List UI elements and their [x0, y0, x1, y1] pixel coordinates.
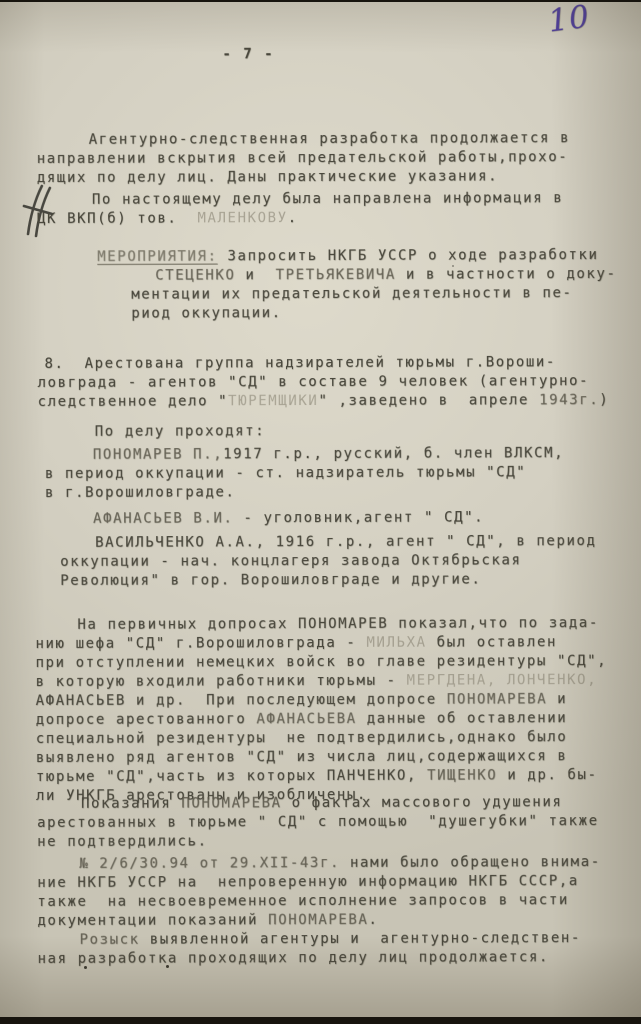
- entry-vasilchenko: ВАСИЛЬЧЕНКО А.А., 1916 г.р., агент " СД"…: [60, 532, 597, 591]
- text-line: риод оккупации.: [97, 303, 616, 324]
- text-line: специальной резидентуры не подтвердились…: [36, 728, 608, 749]
- text-line: Показания ПОНОМАРЕВА о фактах массового …: [37, 793, 599, 814]
- text-line: АФАНАСЬЕВ и др. При последующем допросе …: [36, 690, 608, 711]
- text-line: допросе арестованного АФАНАСЬЕВА данные …: [36, 709, 608, 730]
- text-line: дящих по делу лиц. Даны практические ука…: [37, 167, 570, 188]
- text-line: также на несвоевременное исполнение запр…: [37, 891, 601, 912]
- entry-ponomarev: ПОНОМАРЕВ П.,1917 г.р., русский, б. член…: [45, 444, 565, 503]
- text-line: тюрьме "СД",часть из которых ПАНЧЕНКО, Т…: [36, 766, 608, 787]
- line-po-delu: По делу проходят:: [95, 422, 266, 442]
- text-line: ментации их предательской деятельности в…: [97, 284, 616, 305]
- text-line: АФАНАСЬЕВ В.И. - уголовник,агент " СД".: [45, 508, 484, 529]
- document-paper: 10 - 7 - Агентурно-следственная разработ…: [0, 2, 641, 1017]
- text-line: ная разработка проходящих по делу лиц пр…: [38, 948, 582, 969]
- paragraph-measures: МЕРОПРИЯТИЯ: Запросить НКГБ УССР о ходе …: [97, 246, 617, 324]
- text-line: Розыск выявленной агентуры и агентурно-с…: [37, 929, 581, 950]
- text-line: следственное дело "ТЮРЕМЩИКИ" ,заведено …: [38, 391, 610, 412]
- paragraph-interrogation: На первичных допросах ПОНОМАРЕВ показал,…: [35, 614, 607, 806]
- paragraph-search: Розыск выявленной агентуры и агентурно-с…: [37, 929, 581, 969]
- text-line: документации показаний ПОНОМАРЕВА.: [37, 910, 601, 931]
- text-line: в г.Ворошиловграде.: [45, 482, 564, 503]
- paper-speck: [84, 966, 87, 969]
- text-line: 8. Арестована группа надзирателей тюрьмы…: [37, 353, 609, 374]
- paper-speck: [452, 265, 454, 267]
- text-line: № 2/6/30.94 от 29.XII-43г. нами было обр…: [37, 853, 601, 874]
- text-line: ловграда - агентов "СД" в составе 9 чело…: [38, 372, 610, 393]
- text-line: По настоящему делу была направлена инфор…: [37, 189, 563, 210]
- paragraph-cc-info: По настоящему делу была направлена инфор…: [37, 189, 563, 229]
- text-line: направлении вскрытия всей предательской …: [37, 148, 570, 169]
- entry-afanasyev: АФАНАСЬЕВ В.И. - уголовник,агент " СД".: [45, 508, 484, 529]
- text-line: ВАСИЛЬЧЕНКО А.А., 1916 г.р., агент " СД"…: [60, 532, 597, 553]
- paragraph-ref-number: № 2/6/30.94 от 29.XII-43г. нами было обр…: [37, 853, 601, 931]
- text-line: ПОНОМАРЕВ П.,1917 г.р., русский, б. член…: [45, 444, 564, 465]
- paragraph-testimony: Показания ПОНОМАРЕВА о фактах массового …: [37, 793, 599, 852]
- text-line: Революция" в гор. Ворошиловграде и други…: [60, 570, 597, 591]
- text-line: По делу проходят:: [95, 422, 266, 442]
- text-line: ние НКГБ УССР на непроверенную информаци…: [37, 872, 601, 893]
- text-line: Агентурно-следственная разработка продол…: [37, 129, 570, 150]
- text-line: не подтвердились.: [37, 831, 599, 852]
- document-page: 10 - 7 - Агентурно-следственная разработ…: [0, 1, 641, 1018]
- text-line: в которую входили работники тюрьмы - МЕР…: [36, 671, 608, 692]
- text-line: На первичных допросах ПОНОМАРЕВ показал,…: [35, 614, 607, 635]
- text-line: в период оккупации - ст. надзиратель тюр…: [45, 463, 564, 484]
- paragraph-item-8: 8. Арестована группа надзирателей тюрьмы…: [37, 353, 609, 412]
- page-number: - 7 -: [222, 46, 274, 62]
- text-line: оккупации - нач. концлагеря завода Октяб…: [60, 551, 597, 572]
- text-line: арестованных в тюрьме " СД" с помощью "д…: [37, 812, 599, 833]
- text-line: МЕРОПРИЯТИЯ: Запросить НКГБ УССР о ходе …: [97, 246, 616, 267]
- text-line: ЦК ВКП(б) тов. МАЛЕНКОВУ.: [37, 208, 563, 229]
- handwritten-folio-number: 10: [546, 0, 592, 40]
- text-line: СТЕЦЕНКО и ТРЕТЬЯКЕВИЧА и в частности о …: [97, 265, 616, 286]
- text-line: при отступлении немецких войск во главе …: [36, 652, 608, 673]
- text-line: выявлено ряд агентов "СД" из числа лиц,с…: [36, 747, 608, 768]
- paragraph-intro: Агентурно-следственная разработка продол…: [37, 129, 571, 188]
- text-line: нию шефа "СД" г.Ворошиловграда - МИЛЬХА …: [35, 633, 607, 654]
- paper-speck: [166, 965, 169, 968]
- scanned-document-photo: 10 - 7 - Агентурно-следственная разработ…: [0, 0, 641, 1024]
